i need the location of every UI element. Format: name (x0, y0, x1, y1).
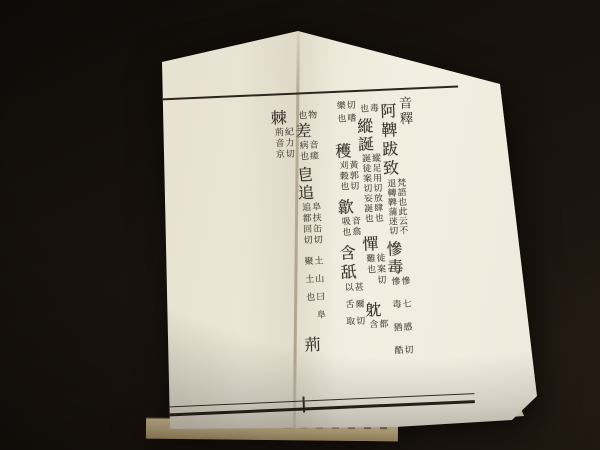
photo-scene: 音釋阿鞞跋致梵語也此云不退轉鞞蒲迷切慘毒慘七感切慘毒猶酷毒也縱誕縱足用切放肆也誕… (0, 0, 600, 450)
photo-vignette (0, 0, 600, 450)
